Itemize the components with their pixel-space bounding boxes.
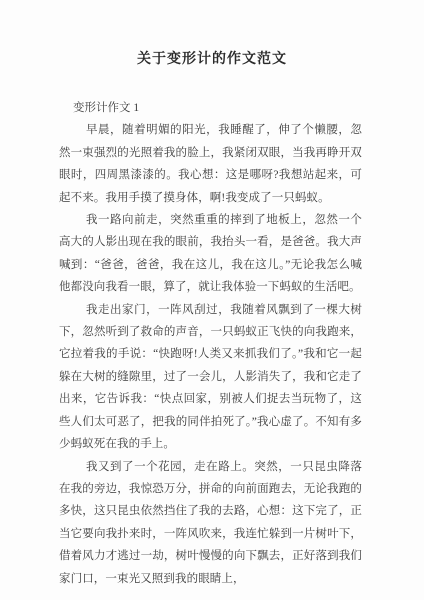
essay-paragraph-2: 我一路向前走，突然重重的摔到了地板上，忽然一个高大的人影出现在我的眼前，我抬头一…	[59, 209, 362, 299]
section-heading: 变形计作文 1	[73, 97, 362, 119]
document-title: 关于变形计的作文范文	[0, 49, 424, 71]
document-body: 变形计作文 1 早晨，随着明媚的阳光，我睡醒了，伸了个懒腰，忽然一束强烈的光照着…	[59, 97, 362, 590]
document-page: 关于变形计的作文范文 变形计作文 1 早晨，随着明媚的阳光，我睡醒了，伸了个懒腰…	[0, 0, 424, 600]
essay-paragraph-1: 早晨，随着明媚的阳光，我睡醒了，伸了个懒腰，忽然一束强烈的光照着我的脸上，我紧闭…	[59, 119, 362, 209]
essay-paragraph-3: 我走出家门，一阵风刮过，我随着风飘到了一棵大树下，忽然听到了救命的声音，一只蚂蚁…	[59, 299, 362, 456]
essay-paragraph-4: 我又到了一个花园，走在路上。突然，一只昆虫降落在我的旁边，我惊恐万分，拼命的向前…	[59, 456, 362, 590]
